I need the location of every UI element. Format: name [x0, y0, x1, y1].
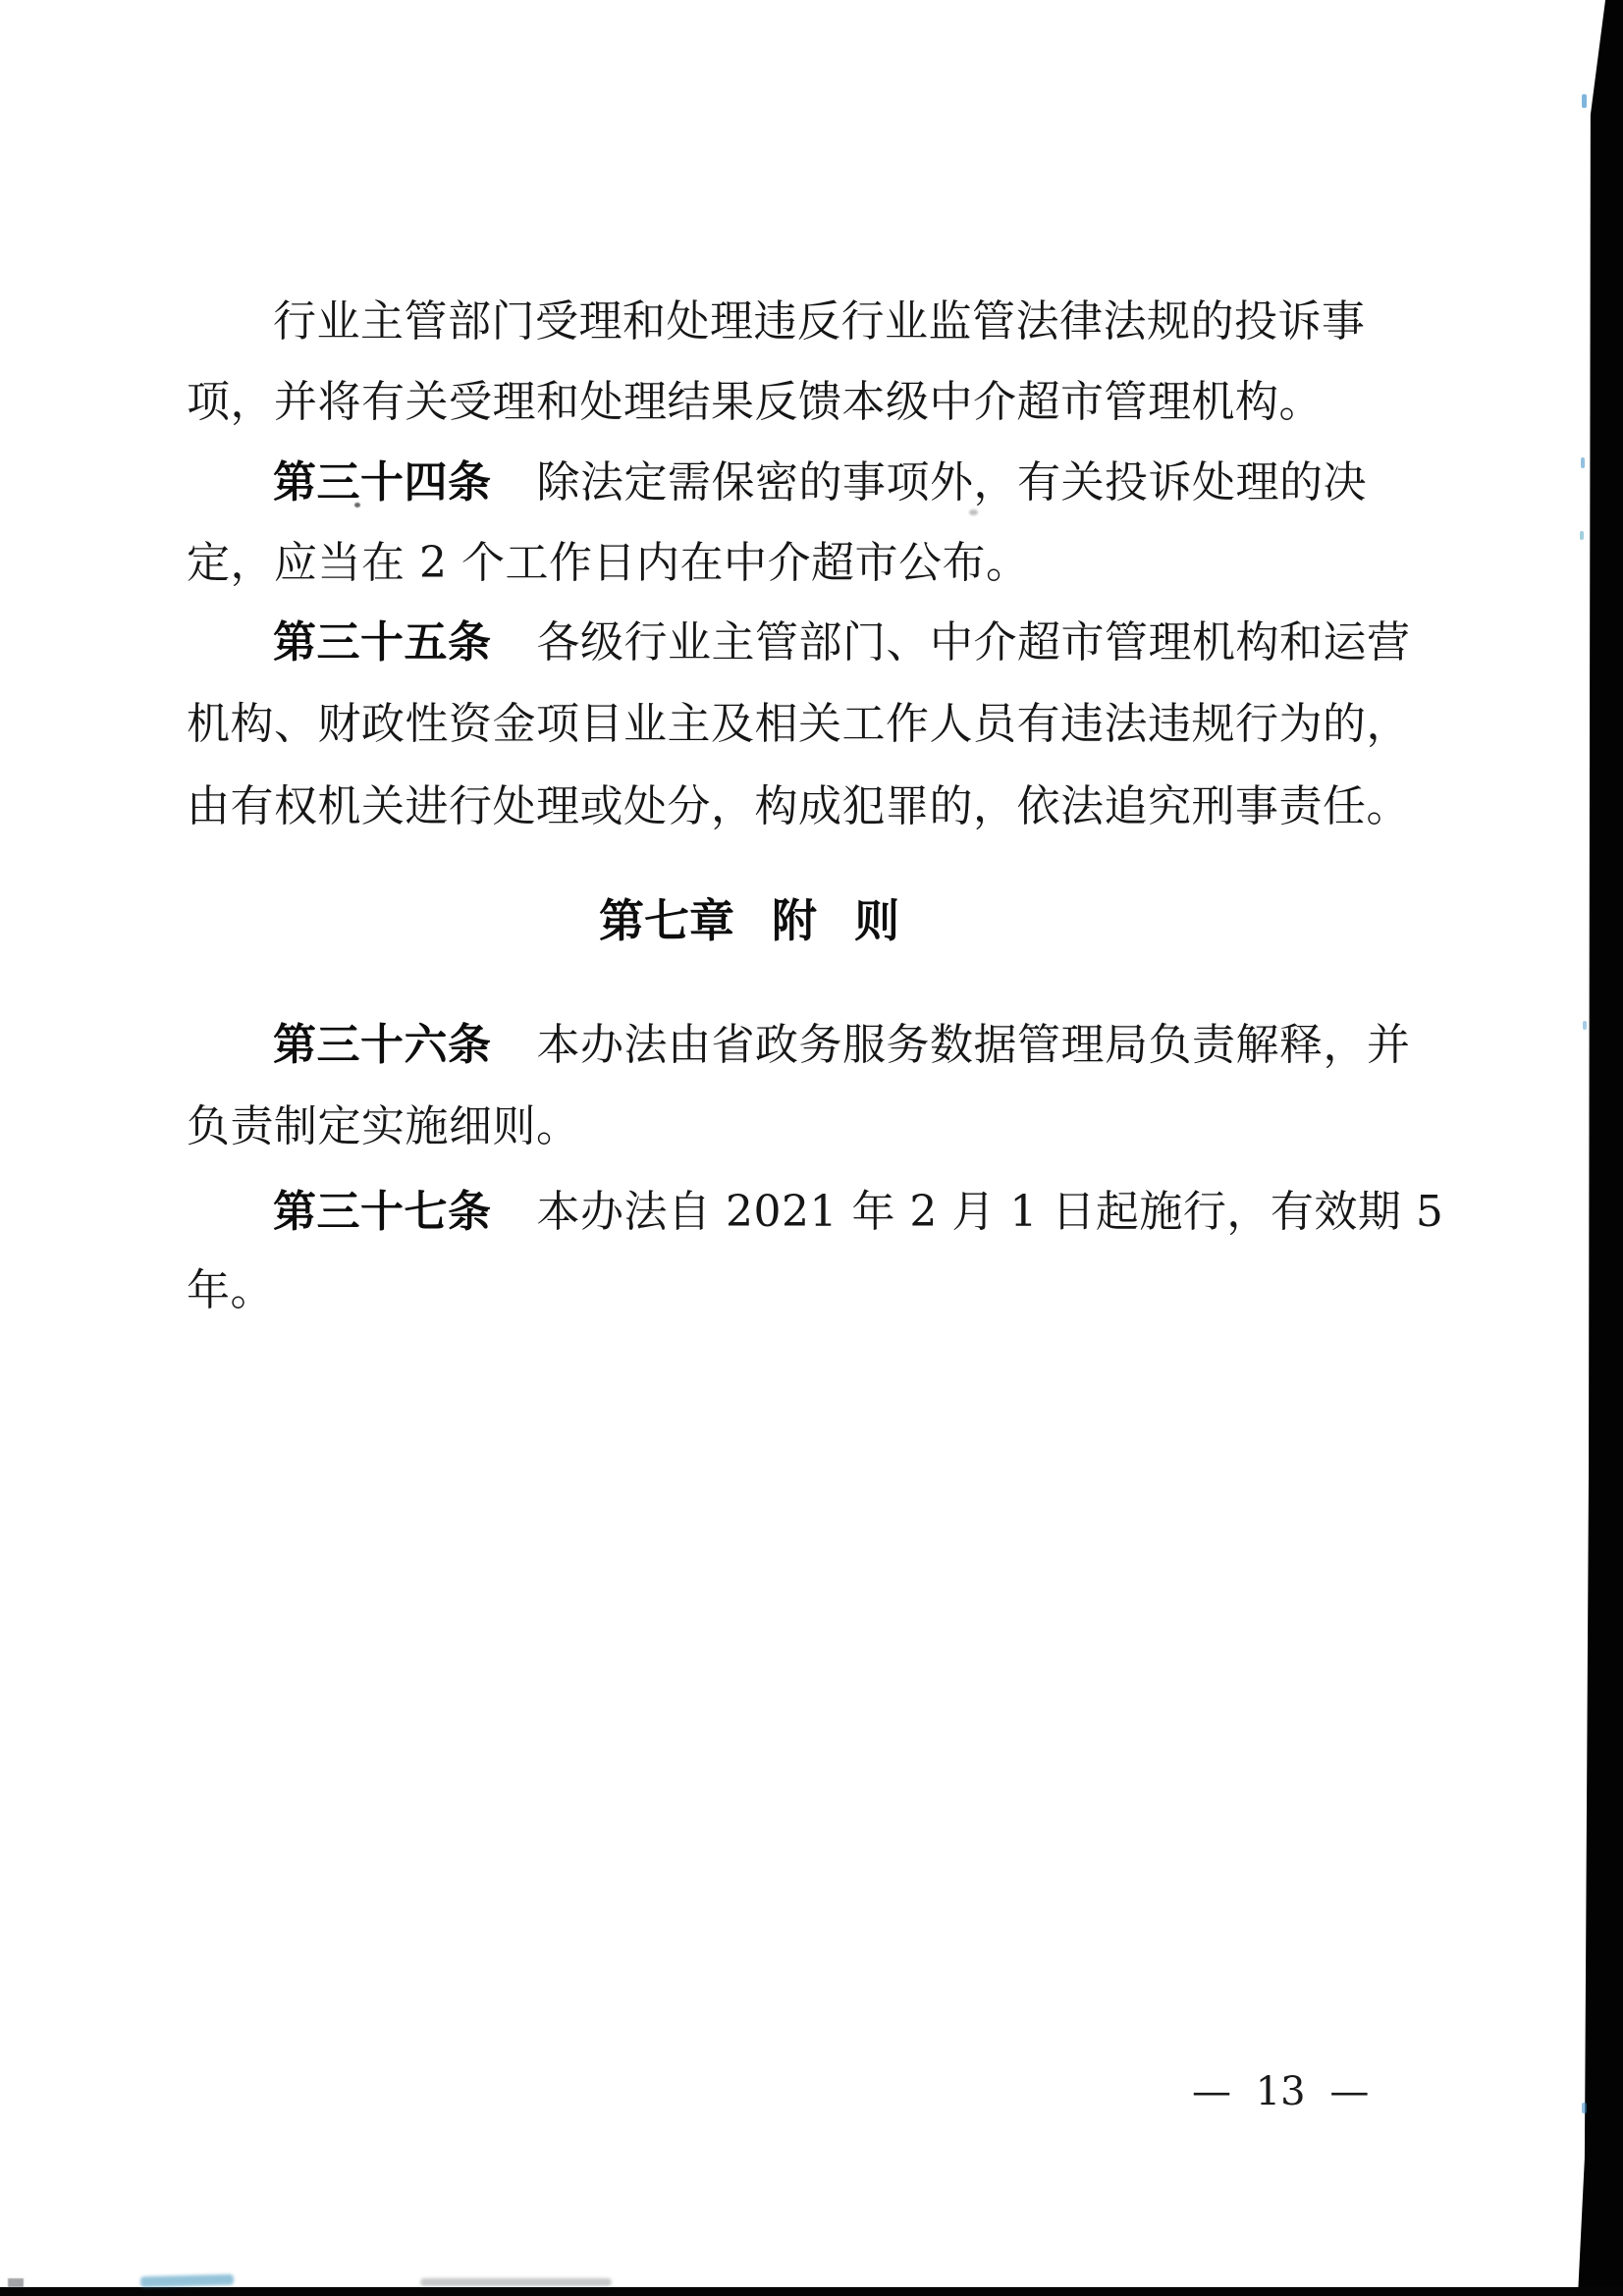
- body-text: 行业主管部门受理和处理违反行业监管法律法规的投诉事: [273, 296, 1366, 347]
- text-line: 年。: [187, 1266, 1522, 1317]
- text-line: 由有权机关进行处理或处分，构成犯罪的，依法追究刑事责任。: [187, 782, 1522, 833]
- body-text: 各级行业主管部门、中介超市管理机构和运营: [537, 617, 1411, 667]
- article-number: 第三十六条: [273, 1020, 492, 1070]
- body-text: 项，并将有关受理和处理结果反馈本级中介超市管理机构。: [187, 377, 1323, 427]
- chapter-heading: 第七章 附 则: [599, 895, 899, 946]
- text-line: 负责制定实施细则。: [187, 1102, 1522, 1153]
- scan-smudge: [140, 2274, 234, 2287]
- article-number: 第三十四条: [273, 457, 492, 507]
- body-text: 年。: [187, 1265, 274, 1315]
- scan-speck: [1583, 1021, 1587, 1030]
- article-number: 第三十七条: [273, 1187, 492, 1237]
- body-text: 本办法自 2021 年 2 月 1 日起施行，有效期 5: [537, 1187, 1444, 1237]
- text-line: 定，应当在 2 个工作日内在中介超市公布。: [187, 539, 1522, 590]
- text-line: 第三十四条除法定需保密的事项外，有关投诉处理的决: [273, 458, 1608, 509]
- body-text: 机构、财政性资金项目业主及相关工作人员有违法违规行为的，: [187, 699, 1410, 749]
- scan-smudge: [420, 2278, 612, 2286]
- text-line: 行业主管部门受理和处理违反行业监管法律法规的投诉事: [273, 297, 1608, 348]
- text-line: 第三十六条本办法由省政务服务数据管理局负责解释，并: [273, 1021, 1608, 1072]
- page-number: — 13 —: [1192, 2069, 1369, 2114]
- text-line: 项，并将有关受理和处理结果反馈本级中介超市管理机构。: [187, 378, 1522, 429]
- body-text: 本办法由省政务服务数据管理局负责解释，并: [537, 1020, 1411, 1070]
- text-line: 第三十五条各级行业主管部门、中介超市管理机构和运营: [273, 618, 1608, 669]
- scan-speck: [969, 509, 978, 515]
- body-text: 除法定需保密的事项外，有关投诉处理的决: [537, 457, 1368, 507]
- body-text: 负责制定实施细则。: [187, 1101, 580, 1151]
- scan-speck: [1581, 457, 1585, 468]
- scan-speck: [354, 503, 360, 507]
- scan-edge-bottom-strip: [0, 2287, 1623, 2296]
- body-text: 定，应当在 2 个工作日内在中介超市公布。: [187, 538, 1029, 588]
- scan-smudge: [8, 2278, 24, 2287]
- body-text: 由有权机关进行处理或处分，构成犯罪的，依法追究刑事责任。: [187, 781, 1410, 831]
- article-number: 第三十五条: [273, 617, 492, 667]
- document-page: 行业主管部门受理和处理违反行业监管法律法规的投诉事 项，并将有关受理和处理结果反…: [0, 0, 1623, 2296]
- scan-speck: [1582, 94, 1587, 108]
- text-line: 第三十七条本办法自 2021 年 2 月 1 日起施行，有效期 5: [273, 1188, 1608, 1239]
- text-line: 机构、财政性资金项目业主及相关工作人员有违法违规行为的，: [187, 700, 1522, 751]
- scan-speck: [1582, 2103, 1587, 2113]
- scan-speck: [1580, 531, 1584, 540]
